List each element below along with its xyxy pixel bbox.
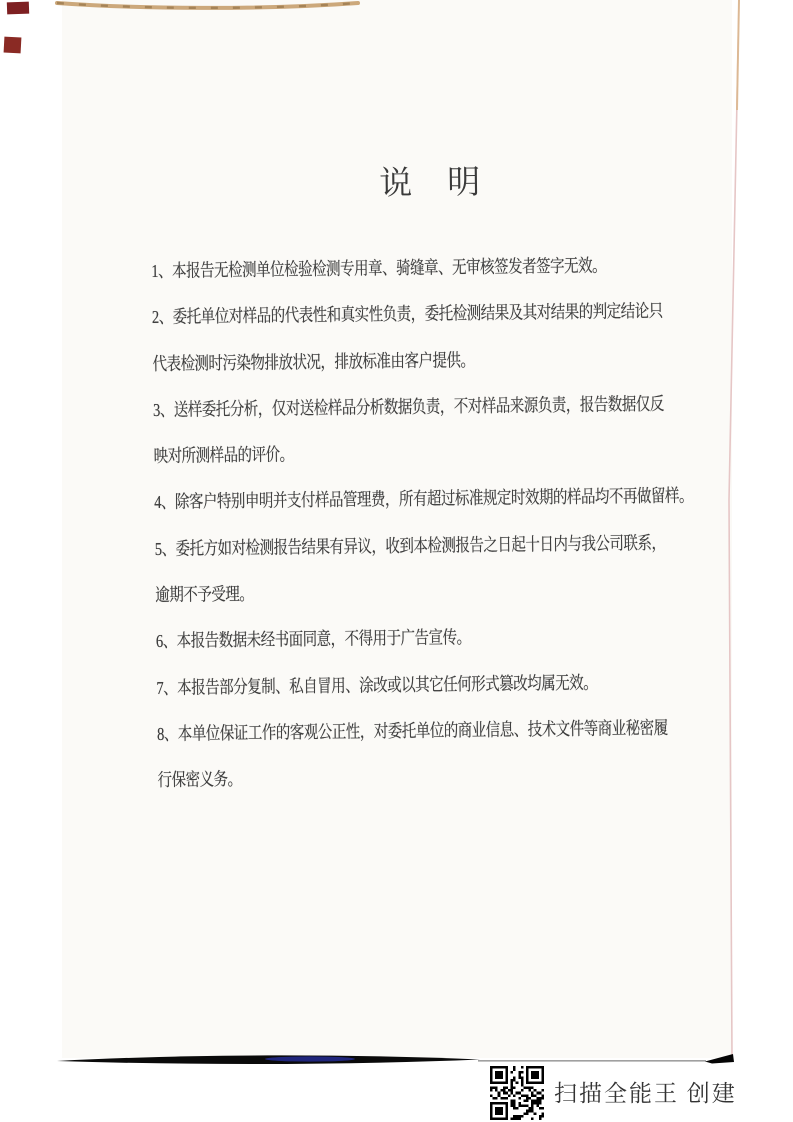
note-line: 逾期不予受理。: [155, 574, 720, 627]
right-paper-edge-top: [737, 0, 739, 110]
camscanner-footer: 扫描全能王 创建: [490, 1063, 793, 1122]
note-line: 6、本报告数据未经书面同意，不得用于广告宣传。: [156, 620, 721, 673]
scan-artifact-red-mark-bottom: [4, 37, 22, 54]
qr-code-icon: [490, 1065, 544, 1121]
bottom-shadow-thin-tail: [478, 1060, 706, 1061]
note-line: 1、本报告无检测单位检验检测专用章、骑缝章、无审核签发者签字无效。: [151, 250, 716, 303]
scan-artifact-red-mark-top: [7, 2, 29, 15]
scanned-document-page: 说 明 1、本报告无检测单位检验检测专用章、骑缝章、无审核签发者签字无效。2、委…: [0, 0, 793, 1122]
note-line: 行保密义务。: [157, 759, 722, 812]
note-line: 代表检测时污染物排放状况，排放标准由客户提供。: [152, 343, 717, 396]
note-line: 7、本报告部分复制、私自冒用、涂改或以其它任何形式篡改均属无效。: [156, 667, 721, 720]
note-line: 5、委托方如对检测报告结果有异议，收到本检测报告之日起十日内与我公司联系，: [155, 528, 720, 581]
document-content: 说 明 1、本报告无检测单位检验检测专用章、骑缝章、无审核签发者签字无效。2、委…: [150, 153, 722, 812]
note-line: 2、委托单位对样品的代表性和真实性负责，委托检测结果及其对结果的判定结论只: [152, 296, 717, 349]
notes-list: 1、本报告无检测单位检验检测专用章、骑缝章、无审核签发者签字无效。2、委托单位对…: [151, 250, 722, 812]
page-title: 说 明: [150, 153, 711, 207]
note-line: 3、送样委托分析，仅对送检样品分析数据负责，不对样品来源负责，报告数据仅反: [153, 389, 718, 442]
note-line: 4、除客户特别申明并支付样品管理费，所有超过标准规定时效期的样品均不再做留样。: [154, 482, 719, 535]
note-line: 映对所测样品的评价。: [153, 435, 718, 488]
camscanner-watermark-text: 扫描全能王 创建: [554, 1075, 737, 1108]
note-line: 8、本单位保证工作的客观公正性，对委托单位的商业信息、技术文件等商业秘密履: [157, 713, 722, 766]
